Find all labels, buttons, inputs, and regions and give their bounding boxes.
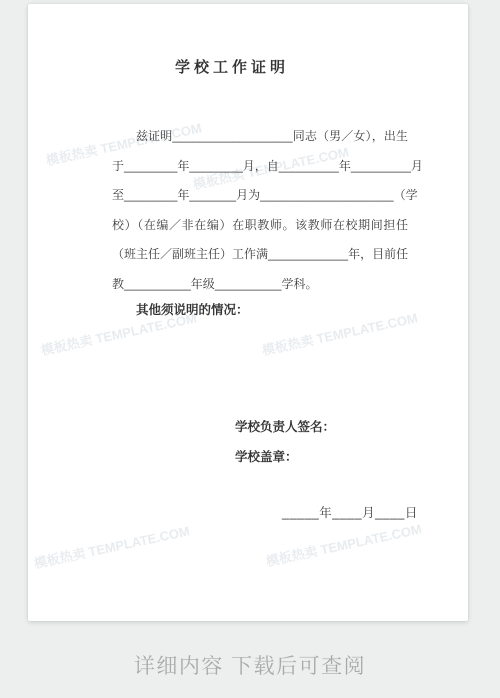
body-line: （班主任／副班主任）工作满____________年，目前任 (112, 240, 408, 270)
body-line: 校）（在编／非在编）在职教师。该教师在校期间担任 (112, 211, 408, 241)
body-line: 于________年________月，自_________年_________… (112, 152, 408, 182)
body-line: 兹证明__________________同志（男／女），出生 (112, 122, 408, 152)
other-notes-label: 其他须说明的情况： (136, 300, 249, 318)
watermark: 模板热卖 TEMPLATE.COM (264, 518, 423, 570)
document-title: 学校工作证明 (175, 56, 289, 77)
document-page: 模板热卖 TEMPLATE.COM 模板热卖 TEMPLATE.COM 模板热卖… (28, 4, 468, 621)
document-body: 兹证明__________________同志（男／女），出生 于_______… (112, 122, 408, 300)
body-line: 教__________年级__________学科。 (112, 270, 408, 300)
watermark: 模板热卖 TEMPLATE.COM (260, 307, 419, 359)
body-line: 至________年_______月为____________________（… (112, 181, 408, 211)
watermark: 模板热卖 TEMPLATE.COM (32, 520, 191, 572)
signer-label: 学校负责人签名： (235, 412, 335, 442)
signature-block: 学校负责人签名： 学校盖章： (235, 412, 335, 472)
date-line: _____年____月____日 (282, 503, 418, 521)
footer-caption: 详细内容 下载后可查阅 (0, 650, 500, 680)
seal-label: 学校盖章： (235, 442, 335, 472)
